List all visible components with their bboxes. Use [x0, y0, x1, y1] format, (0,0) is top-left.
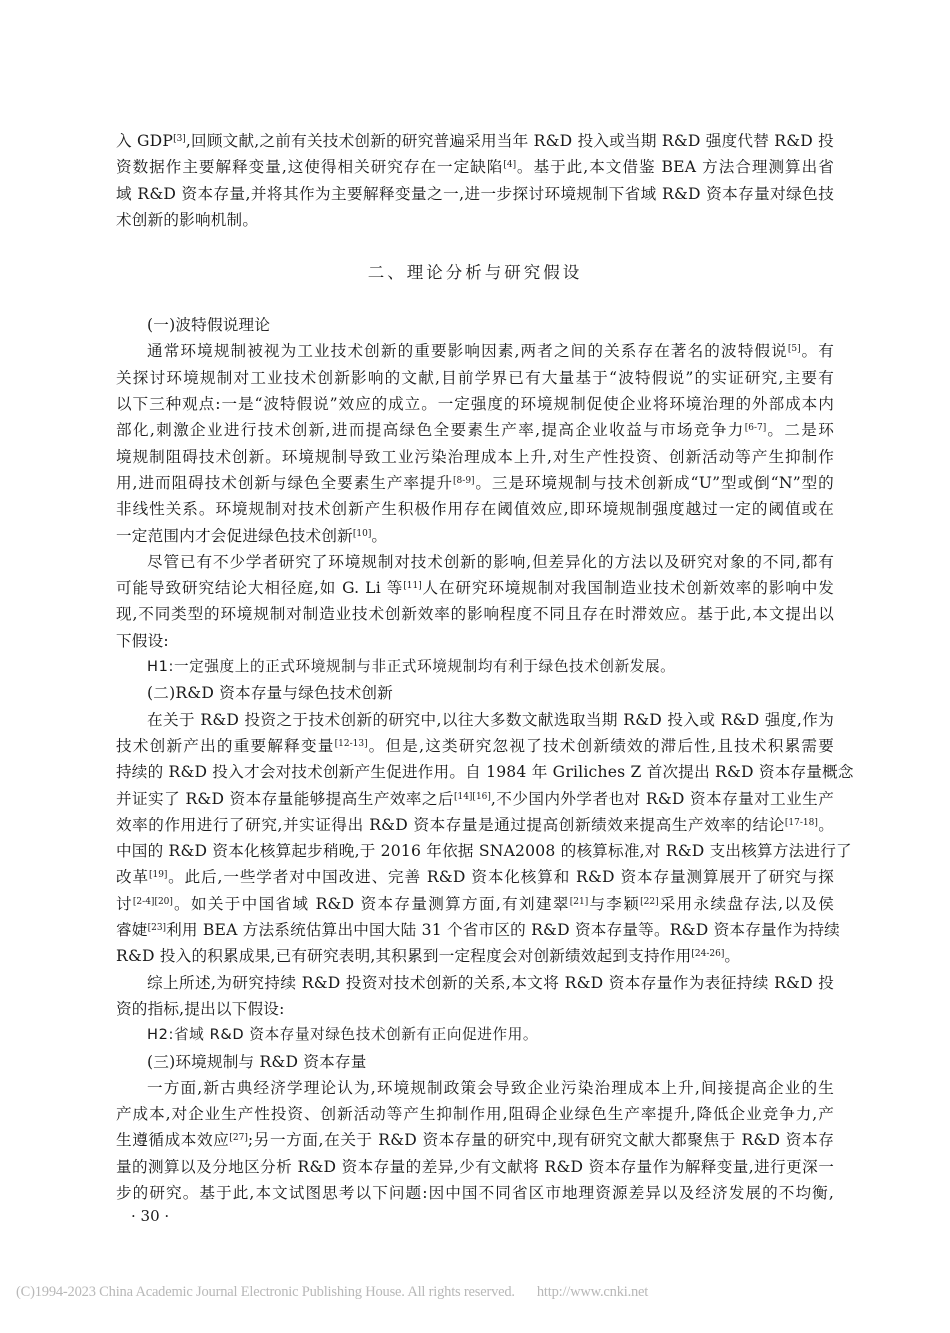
- text-line: R&D 投入的积累成果,已有研究表明,其积累到一定程度会对创新绩效起到支持作用[…: [116, 943, 834, 969]
- citation-marker: [12-13]: [335, 739, 368, 749]
- subsection-porter: (一)波特假说理论 通常环境规制被视为工业技术创新的重要影响因素,两者之间的关系…: [116, 312, 834, 680]
- text-line: 可能导致研究结论大相径庭,如 G. Li 等[11]人在研究环境规制对我国制造业…: [116, 575, 834, 601]
- citation-marker: [8-9]: [453, 476, 475, 486]
- citation-marker: [2-4][20]: [133, 897, 173, 907]
- text-line: 资的指标,提出以下假设:: [116, 996, 834, 1022]
- subsection-heading: (一)波特假说理论: [116, 312, 834, 338]
- hypothesis-h2: H2:省域 R&D 资本存量对绿色技术创新有正向促进作用。: [116, 1022, 834, 1048]
- text-line: 尽管已有不少学者研究了环境规制对技术创新的影响,但差异化的方法以及研究对象的不同…: [116, 549, 834, 575]
- text-line: 一方面,新古典经济学理论认为,环境规制政策会导致企业污染治理成本上升,间接提高企…: [116, 1075, 834, 1101]
- text-line: 境规制阻碍技术创新。环境规制导致工业污染治理成本上升,对生产性投资、创新活动等产…: [116, 444, 834, 470]
- citation-marker: [11]: [403, 581, 421, 591]
- citation-marker: [27]: [229, 1133, 247, 1143]
- page-number: · 30 ·: [131, 1207, 169, 1225]
- citation-marker: [19]: [149, 870, 167, 880]
- copyright-footer: (C)1994-2023 China Academic Journal Elec…: [16, 1284, 648, 1301]
- citation-marker: [4]: [503, 160, 516, 170]
- citation-marker: [17-18]: [785, 818, 818, 828]
- citation-marker: [14][16]: [454, 792, 491, 802]
- text-line: 术创新的影响机制。: [116, 207, 834, 233]
- citation-marker: [21]: [570, 897, 588, 907]
- text-line: 资数据作主要解释变量,这使得相关研究存在一定缺陷[4]。基于此,本文借鉴 BEA…: [116, 154, 834, 180]
- text-line: 通常环境规制被视为工业技术创新的重要影响因素,两者之间的关系存在著名的波特假说[…: [116, 338, 834, 364]
- subsection-regulation-rd: (三)环境规制与 R&D 资本存量 一方面,新古典经济学理论认为,环境规制政策会…: [116, 1049, 834, 1207]
- text-line: 技术创新产出的重要解释变量[12-13]。但是,这类研究忽视了技术创新绩效的滞后…: [116, 733, 834, 759]
- subsection-heading: (二)R&D 资本存量与绿色技术创新: [116, 680, 834, 706]
- citation-marker: [24-26]: [691, 949, 724, 959]
- paper-page: 入 GDP[3],回顾文献,之前有关技术创新的研究普遍采用当年 R&D 投入或当…: [116, 128, 834, 1206]
- subsection-rd-capital: (二)R&D 资本存量与绿色技术创新 在关于 R&D 投资之于技术创新的研究中,…: [116, 680, 834, 1048]
- text-line: 步的研究。基于此,本文试图思考以下问题:因中国不同省区市地理资源差异以及经济发展…: [116, 1180, 834, 1206]
- text-line: 域 R&D 资本存量,并将其作为主要解释变量之一,进一步探讨环境规制下省域 R&…: [116, 181, 834, 207]
- text-line: 在关于 R&D 投资之于技术创新的研究中,以往大多数文献选取当期 R&D 投入或…: [116, 707, 834, 733]
- intro-paragraph: 入 GDP[3],回顾文献,之前有关技术创新的研究普遍采用当年 R&D 投入或当…: [116, 128, 834, 233]
- text-line: 一定范围内才会促进绿色技术创新[10]。: [116, 523, 834, 549]
- citation-marker: [6-7]: [745, 423, 767, 433]
- text-line: 睿婕[23]利用 BEA 方法系统估算出中国大陆 31 个省市区的 R&D 资本…: [116, 917, 834, 943]
- text-line: 现,不同类型的环境规制对制造业技术创新效率的影响程度不同且存在时滞效应。基于此,…: [116, 601, 834, 627]
- text-line: 讨[2-4][20]。如关于中国省域 R&D 资本存量测算方面,有刘建翠[21]…: [116, 891, 834, 917]
- section-title: 二、理论分析与研究假设: [116, 260, 834, 312]
- text-line: 非线性关系。环境规制对技术创新产生积极作用存在阈值效应,即环境规制强度越过一定的…: [116, 496, 834, 522]
- text-line: 改革[19]。此后,一些学者对中国改进、完善 R&D 资本化核算和 R&D 资本…: [116, 864, 834, 890]
- hypothesis-h1: H1:一定强度上的正式环境规制与非正式环境规制均有利于绿色技术创新发展。: [116, 654, 834, 680]
- text-line: 综上所述,为研究持续 R&D 投资对技术创新的关系,本文将 R&D 资本存量作为…: [116, 970, 834, 996]
- text-line: 部化,刺激企业进行技术创新,进而提高绿色全要素生产率,提高企业收益与市场竞争力[…: [116, 417, 834, 443]
- text-line: 中国的 R&D 资本化核算起步稍晚,于 2016 年依据 SNA2008 的核算…: [116, 838, 834, 864]
- text-line: 持续的 R&D 投入才会对技术创新产生促进作用。自 1984 年 Grilich…: [116, 759, 834, 785]
- footer-url[interactable]: http://www.cnki.net: [537, 1284, 648, 1300]
- citation-marker: [22]: [640, 897, 658, 907]
- text-line: 效率的作用进行了研究,并实证得出 R&D 资本存量是通过提高创新绩效来提高生产效…: [116, 812, 834, 838]
- copyright-text: (C)1994-2023 China Academic Journal Elec…: [16, 1284, 515, 1300]
- text-line: 关探讨环境规制对工业技术创新影响的文献,目前学界已有大量基于“波特假说”的实证研…: [116, 365, 834, 391]
- text-line: 下假设:: [116, 628, 834, 654]
- text-line: 用,进而阻碍技术创新与绿色全要素生产率提升[8-9]。三是环境规制与技术创新成“…: [116, 470, 834, 496]
- subsection-heading: (三)环境规制与 R&D 资本存量: [116, 1049, 834, 1075]
- citation-marker: [5]: [788, 344, 801, 354]
- text-line: 入 GDP[3],回顾文献,之前有关技术创新的研究普遍采用当年 R&D 投入或当…: [116, 128, 834, 154]
- text-line: 生遵循成本效应[27];另一方面,在关于 R&D 资本存量的研究中,现有研究文献…: [116, 1127, 834, 1153]
- text-line: 以下三种观点:一是“波特假说”效应的成立。一定强度的环境规制促使企业将环境治理的…: [116, 391, 834, 417]
- text-line: 产成本,对企业生产性投资、创新活动等产生抑制作用,阻碍企业绿色生产率提升,降低企…: [116, 1101, 834, 1127]
- citation-marker: [23]: [148, 923, 166, 933]
- text-line: 量的测算以及分地区分析 R&D 资本存量的差异,少有文献将 R&D 资本存量作为…: [116, 1154, 834, 1180]
- text-line: 并证实了 R&D 资本存量能够提高生产效率之后[14][16],不少国内外学者也…: [116, 786, 834, 812]
- citation-marker: [3]: [173, 134, 186, 144]
- citation-marker: [10]: [353, 529, 371, 539]
